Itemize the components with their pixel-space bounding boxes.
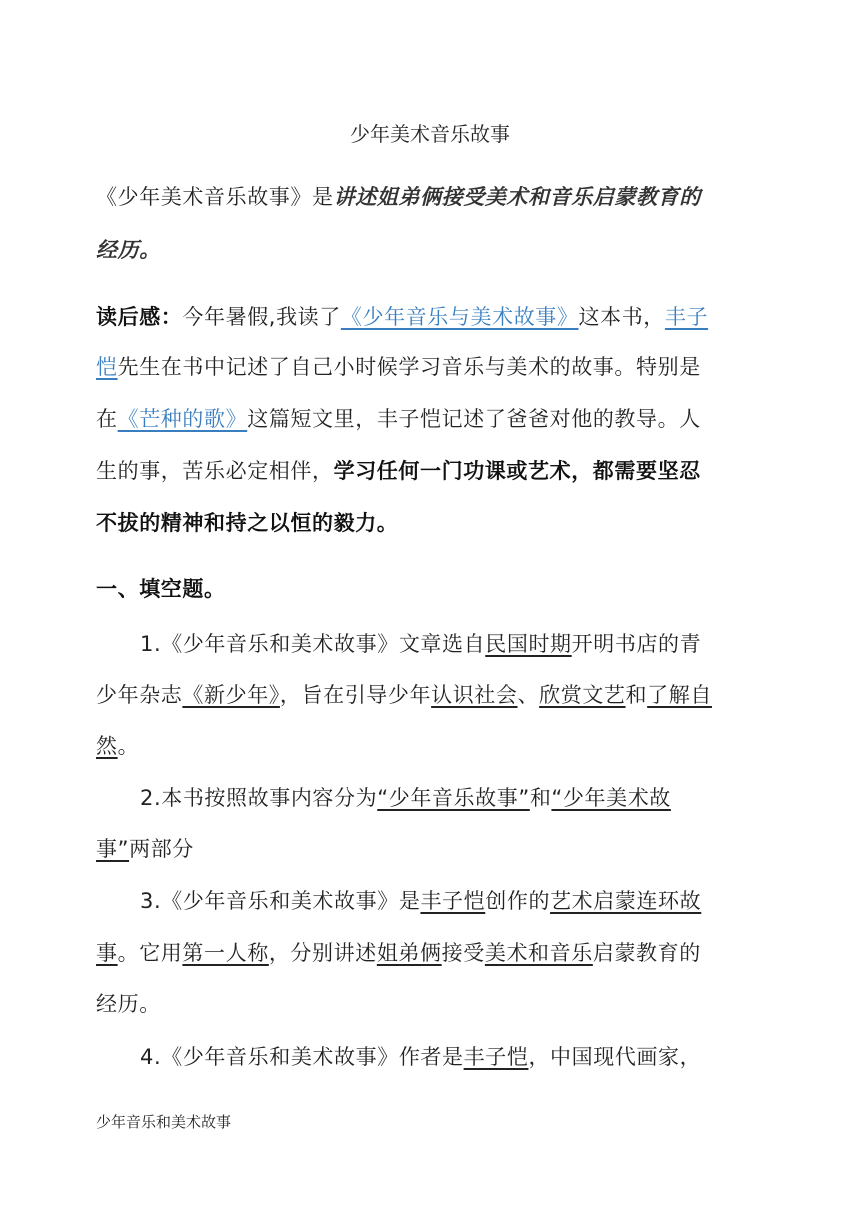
q3-answer: 丰子恺 [420,889,485,913]
review-text: 在 [96,407,118,431]
author-link-cont[interactable]: 恺 [96,355,118,379]
author-link[interactable]: 丰子 [665,305,708,329]
book-link[interactable]: 《少年音乐与美术故事》 [341,305,579,329]
q1-answer: 欣赏文艺 [539,683,625,707]
q2-text: 和 [530,786,552,810]
intro-line-2: 经历。 [96,237,766,263]
q2-answer: 事” [96,837,129,861]
q3-answer: 艺术启蒙连环故 [550,889,701,913]
q2-answer: “少年美术故 [551,786,670,810]
q3-line-2: 事。它用第一人称，分别讲述姐弟俩接受美术和音乐启蒙教育的 [96,940,766,966]
q1-text: 、 [518,683,540,707]
q3-text: 创作的 [485,889,550,913]
q3-text: 。它用 [118,941,183,965]
page-footer: 少年音乐和美术故事 [96,1112,231,1132]
intro-prefix: 《少年美术音乐故事》是 [96,185,334,209]
q3-text: 经历。 [96,992,161,1016]
q3-text: 接受 [442,941,485,965]
q1-text: 少年杂志 [96,683,182,707]
q4-text: 4.《少年音乐和美术故事》作者是 [140,1045,464,1069]
q1-text: 和 [626,683,648,707]
q1-line-1: 1.《少年音乐和美术故事》文章选自民国时期开明书店的青 [96,631,766,657]
review-text: 生的事，苦乐必定相伴， [96,459,334,483]
q4-answer: 丰子恺 [464,1045,529,1069]
essay-link[interactable]: 《芒种的歌》 [118,407,248,431]
q1-text: 1.《少年音乐和美术故事》文章选自 [140,632,485,656]
q2-text: 两部分 [129,837,194,861]
q3-answer: 事 [96,941,118,965]
q1-text: 开明书店的青 [572,632,702,656]
q3-line-1: 3.《少年音乐和美术故事》是丰子恺创作的艺术启蒙连环故 [96,888,766,914]
review-line-3: 在《芒种的歌》这篇短文里，丰子恺记述了爸爸对他的教导。人 [96,406,766,432]
section-heading: 一、填空题。 [96,576,766,602]
q3-text: ，分别讲述 [269,941,377,965]
review-bold-text: 不拔的精神和持之以恒的毅力。 [96,511,398,535]
intro-emphasis-cont: 经历。 [96,238,161,262]
review-bold-text: 学习任何一门功课或艺术，都需要坚忍 [334,459,701,483]
q1-answer: 民国时期 [485,632,571,656]
q3-text: 启蒙教育的 [593,941,701,965]
review-line-1: 读后感：今年暑假,我读了《少年音乐与美术故事》这本书，丰子 [96,304,766,330]
q1-line-2: 少年杂志《新少年》，旨在引导少年认识社会、欣赏文艺和了解自 [96,682,766,708]
review-text: 今年暑假,我读了 [182,305,340,329]
q3-answer: 姐弟俩 [377,941,442,965]
q1-answer: 然 [96,734,118,758]
q1-line-3: 然。 [96,733,766,759]
review-line-5: 不拔的精神和持之以恒的毅力。 [96,510,766,536]
q1-text: ，旨在引导少年 [280,683,431,707]
q3-text: 3.《少年音乐和美术故事》是 [140,889,420,913]
q2-text: 2.本书按照故事内容分为 [140,786,377,810]
intro-line-1: 《少年美术音乐故事》是讲述姐弟俩接受美术和音乐启蒙教育的 [96,184,766,210]
q2-answer: “少年音乐故事” [377,786,530,810]
q2-line-2: 事”两部分 [96,836,766,862]
q1-answer: 了解自 [647,683,712,707]
review-label: 读后感： [96,305,182,329]
review-text: 先生在书中记述了自己小时候学习音乐与美术的故事。特别是 [118,355,701,379]
q4-line-1: 4.《少年音乐和美术故事》作者是丰子恺，中国现代画家， [96,1044,766,1070]
q1-answer: 《新少年》 [182,683,280,707]
q1-text: 。 [118,734,140,758]
intro-emphasis: 讲述姐弟俩接受美术和音乐启蒙教育的 [334,185,701,209]
review-line-4: 生的事，苦乐必定相伴，学习任何一门功课或艺术，都需要坚忍 [96,458,766,484]
q4-text: ，中国现代画家， [528,1045,701,1069]
q2-line-1: 2.本书按照故事内容分为“少年音乐故事”和“少年美术故 [96,785,766,811]
document-title: 少年美术音乐故事 [0,121,860,147]
q3-answer: 美术和音乐 [485,941,593,965]
q3-answer: 第一人称 [182,941,268,965]
q1-answer: 认识社会 [431,683,517,707]
q3-line-3: 经历。 [96,991,766,1017]
review-line-2: 恺先生在书中记述了自己小时候学习音乐与美术的故事。特别是 [96,354,766,380]
document-page: 少年美术音乐故事 《少年美术音乐故事》是讲述姐弟俩接受美术和音乐启蒙教育的 经历… [0,0,860,1215]
review-text: 这篇短文里，丰子恺记述了爸爸对他的教导。人 [247,407,701,431]
review-text: 这本书， [579,305,665,329]
